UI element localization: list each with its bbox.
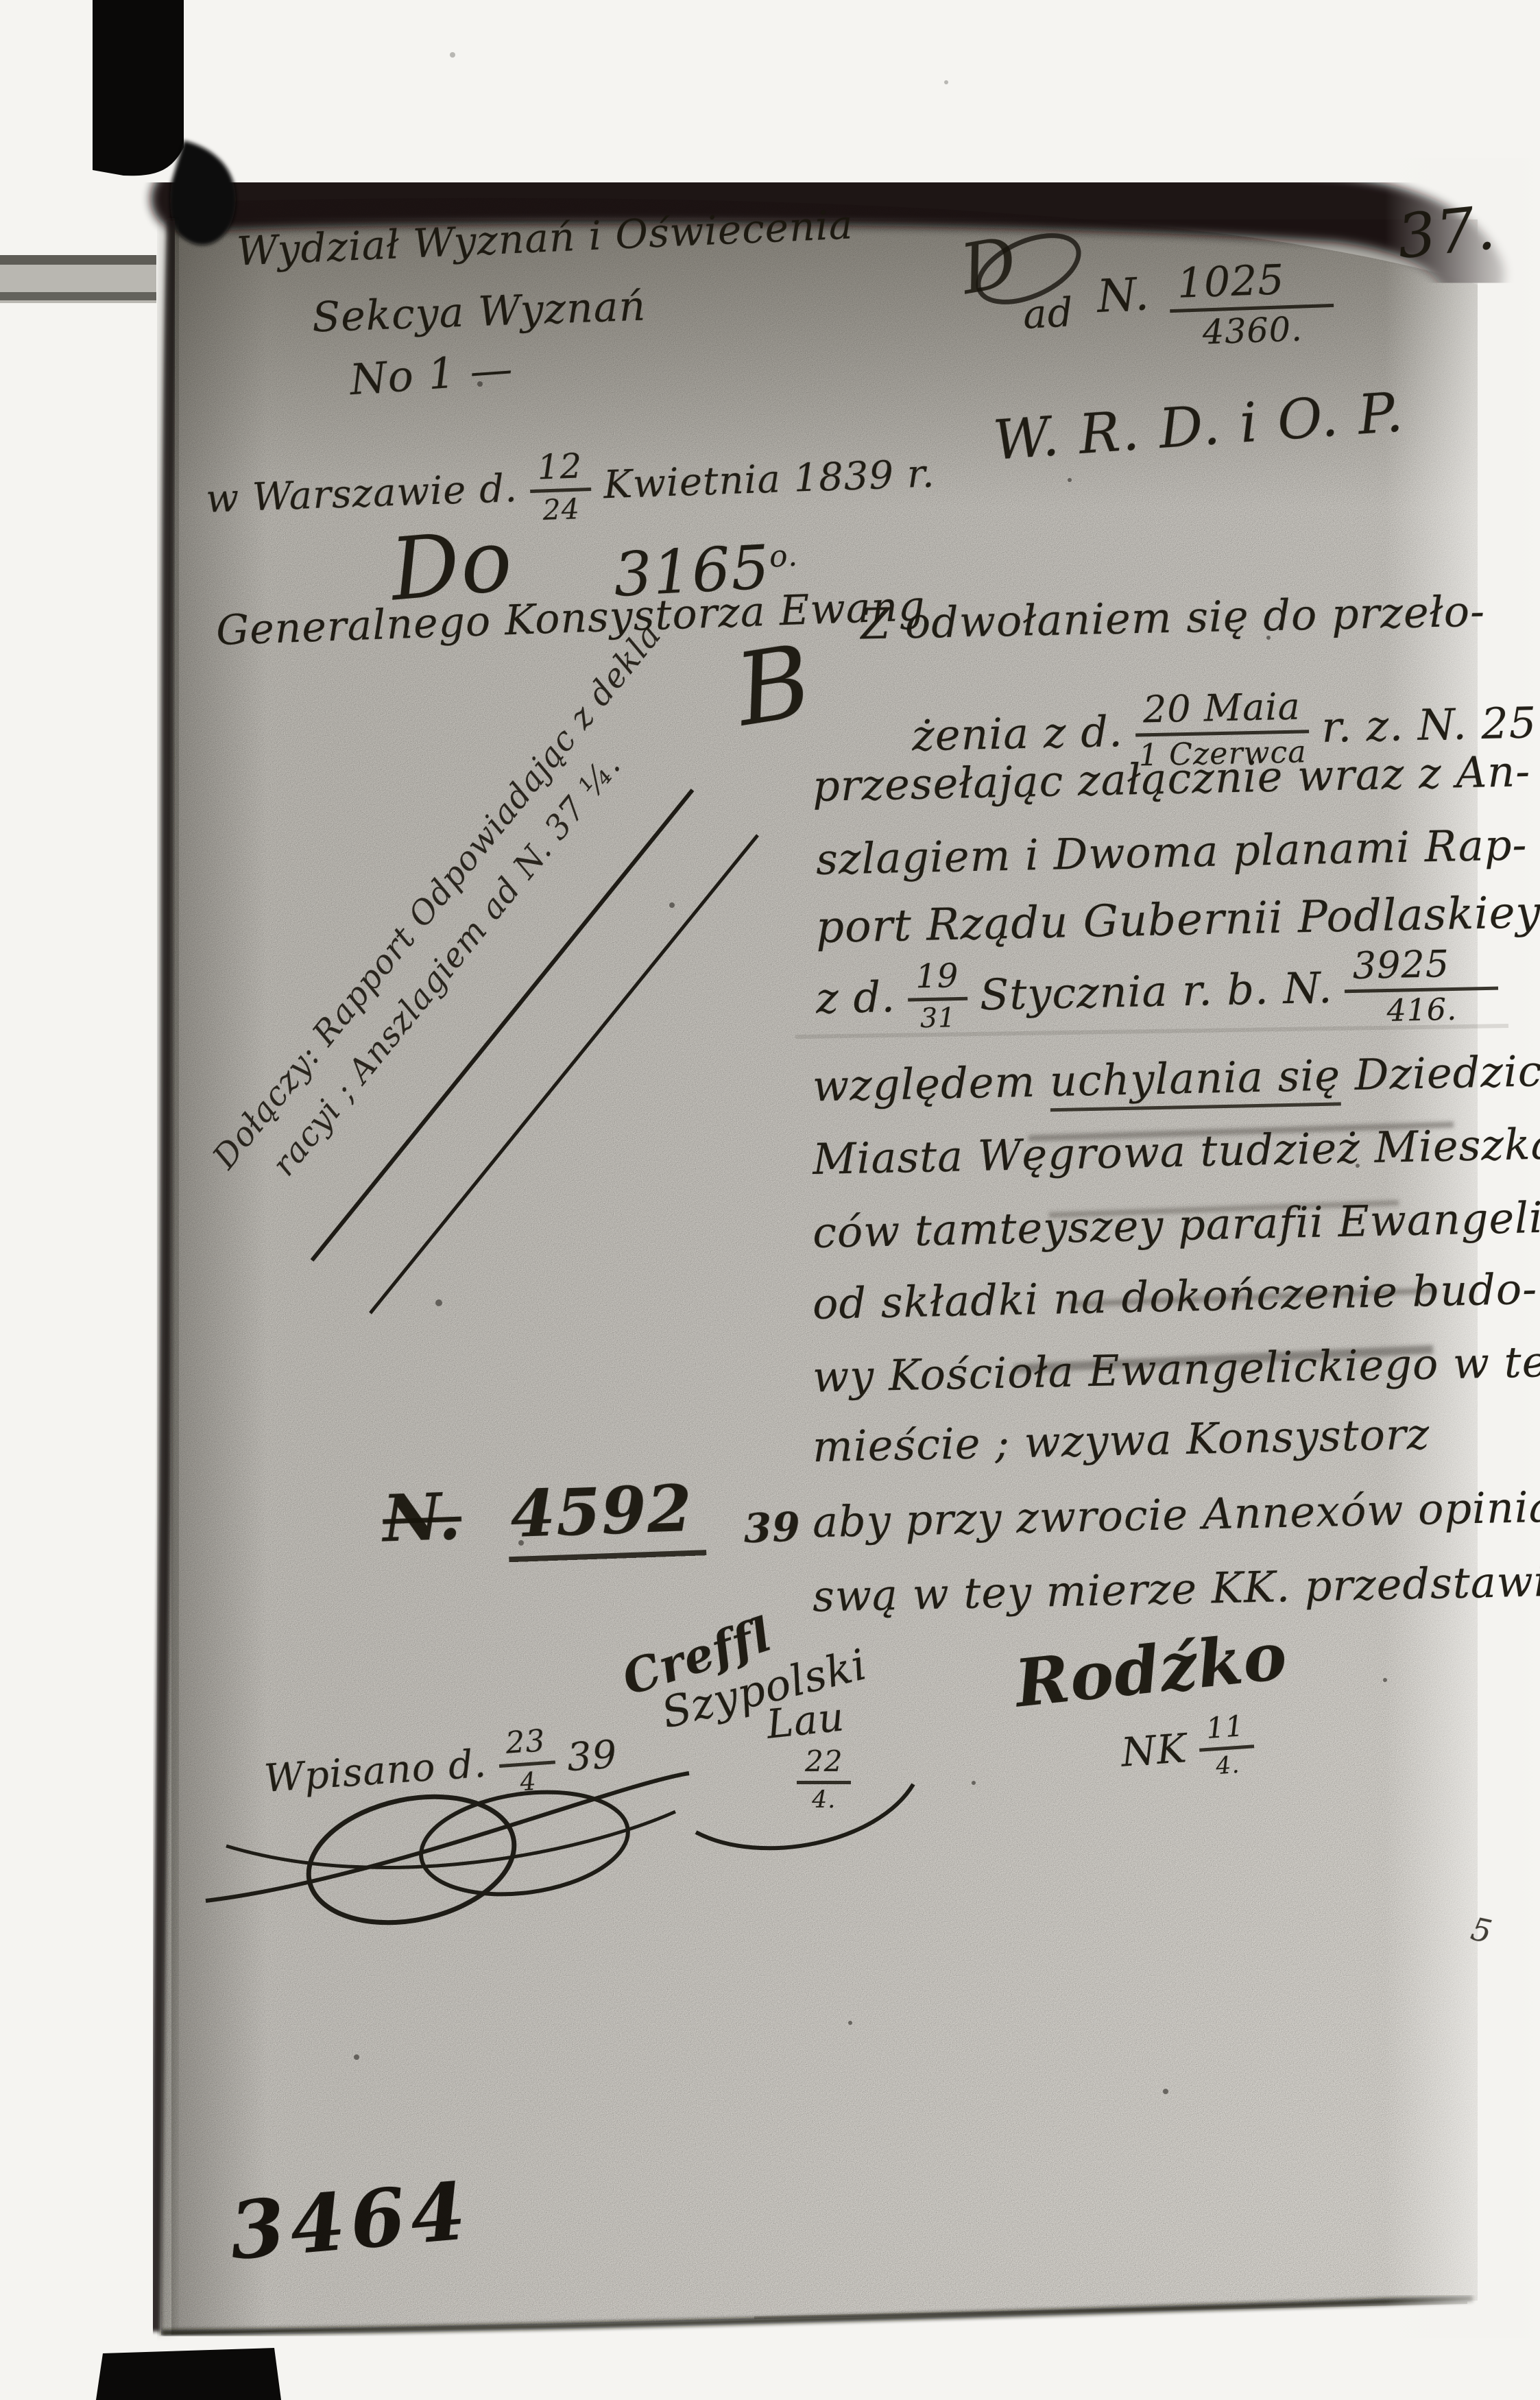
body-line-7-post: Dziedzica — [1354, 1045, 1540, 1100]
body-line-12: mieście ; wzywa Konsystorz — [812, 1413, 1430, 1469]
reference-number: 1025 4360. — [1168, 258, 1335, 350]
registry-year: 39 — [743, 1502, 801, 1552]
official-mark-top: 11 — [1197, 1711, 1254, 1751]
body-line-2-post: r. z. N. 2570 — [1321, 701, 1540, 749]
page-right-fade — [1385, 158, 1540, 2338]
reference-ad-label: ad — [1022, 292, 1075, 335]
body-line-6-pre: z d. — [815, 976, 895, 1020]
page-left-edge-soft-shadow — [159, 226, 177, 2331]
body-line-6-number-fraction: 3925 416. — [1344, 945, 1499, 1028]
adjacent-page-sliver — [0, 255, 156, 303]
body-line-6-number-bottom: 416. — [1386, 991, 1458, 1027]
dateline-date-fraction: 12 24 — [529, 448, 592, 525]
addressee-flourish: B — [730, 631, 818, 741]
clerk-3-date-top: 22 — [797, 1747, 851, 1784]
registered-note-bottom: 4 — [519, 1765, 538, 1795]
registered-note-top: 23 — [496, 1725, 555, 1768]
body-line-6-date-bottom: 31 — [919, 1001, 956, 1033]
reference-number-top: 1025 — [1168, 258, 1334, 313]
film-edge-blob-bottom — [96, 2348, 281, 2400]
folio-number: 37. — [1395, 197, 1498, 267]
body-line-2-pre: żenia z d. — [911, 710, 1123, 757]
do-number-ordinal: o. — [769, 538, 799, 575]
archive-stamp: 3464 — [227, 2172, 474, 2271]
clerk-3-date-bottom: 4. — [812, 1784, 836, 1812]
body-line-6: z d. 19 31 Stycznia r. b. N. 3925 416. — [815, 945, 1499, 1039]
reference-flourish-letter: D — [956, 228, 1022, 305]
official-mark-bottom: 4. — [1215, 1749, 1241, 1779]
registered-note-prefix: Wpisano d. — [263, 1744, 488, 1799]
registry-number-digits: 4592 — [507, 1470, 707, 1562]
body-line-7-pre: względem — [812, 1057, 1036, 1112]
signature-clerk-3: Lau — [765, 1696, 846, 1744]
film-edge-bar — [93, 0, 184, 176]
header-unit: No 1 — — [348, 348, 514, 401]
reference-number-bottom: 4360. — [1202, 308, 1303, 349]
body-line-6-date-top: 19 — [907, 959, 967, 1002]
registry-crossed-prefix: N. — [381, 1479, 462, 1557]
body-line-7-underlined: uchylania się — [1049, 1050, 1341, 1112]
body-line-6-mid: Stycznia r. b. N. — [979, 967, 1333, 1017]
reference-number-label: N. — [1096, 272, 1151, 320]
body-line-6-date-fraction: 19 31 — [907, 959, 968, 1033]
signature-clerk-3-date: 22 4. — [797, 1747, 851, 1812]
archival-document-scan: Wydział Wyznań i Oświecenia Sekcya Wyzna… — [0, 0, 1540, 2400]
official-mark-initials: NK — [1120, 1728, 1188, 1773]
header-section: Sekcya Wyznań — [311, 286, 647, 339]
body-line-1: Z odwołaniem się do przeło- — [860, 590, 1485, 645]
dateline-place: w Warszawie d. — [205, 469, 518, 518]
date-new-style: 24 — [542, 492, 581, 525]
dateline-month-year: Kwietnia 1839 r. — [603, 455, 935, 505]
date-old-style: 12 — [529, 448, 592, 493]
body-line-2-date-top: 20 Maia — [1134, 688, 1309, 736]
registered-note-year: 39 — [566, 1736, 618, 1777]
signature-official-mark: NK 11 4. — [1119, 1711, 1256, 1785]
body-line-6-number-top: 3925 — [1344, 945, 1498, 994]
